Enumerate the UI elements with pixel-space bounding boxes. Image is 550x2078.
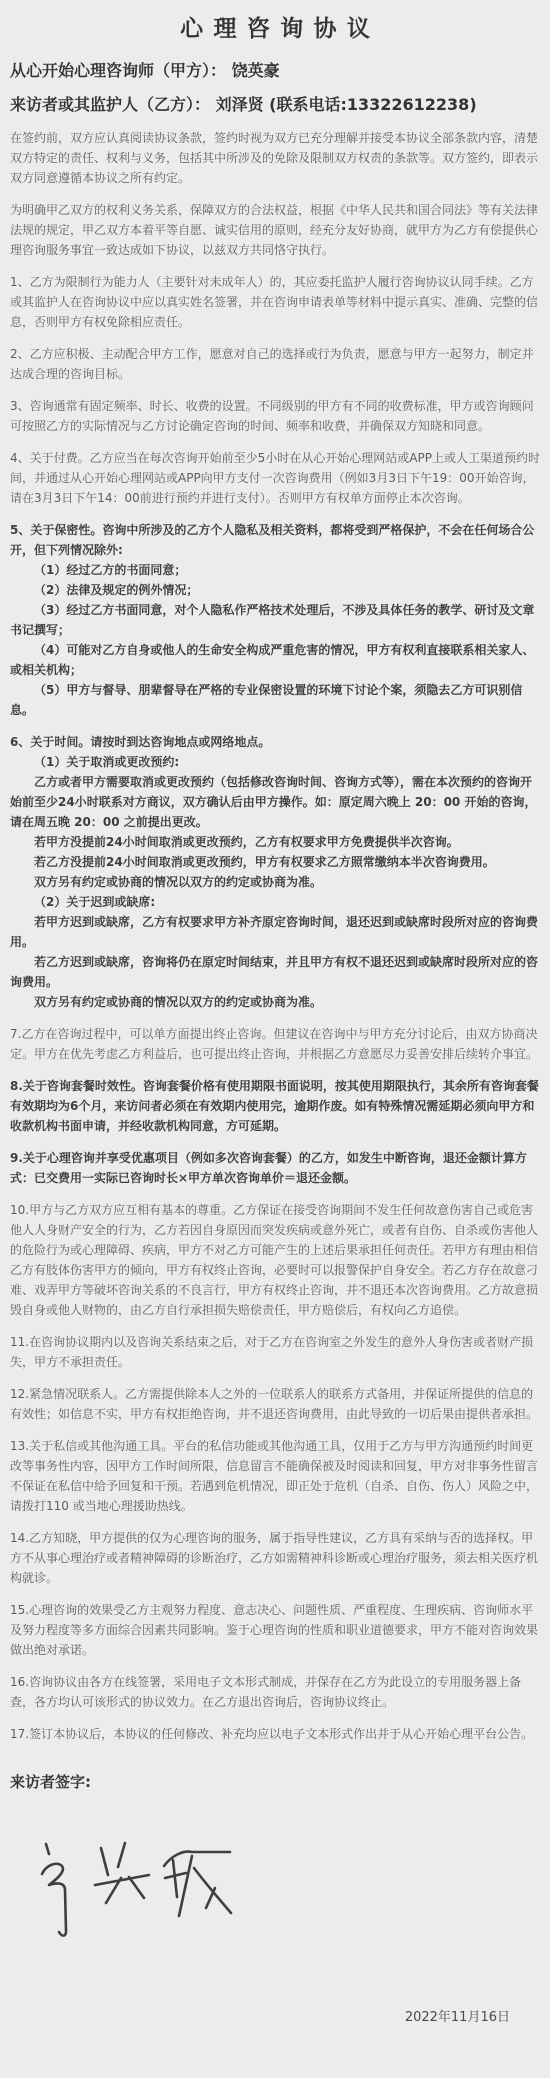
agreement-paragraph: 1、乙方为限制行为能力人（主要针对未成年人）的，其应委托监护人履行咨询协议认同手… — [10, 272, 540, 332]
agreement-paragraph: 15.心理咨询的效果受乙方主观努力程度、意志决心、问题性质、严重程度、生理疾病、… — [10, 1600, 540, 1660]
agreement-paragraph: 若甲方没提前24小时间取消或更改预约，乙方有权要求甲方免费提供半次咨询。 — [10, 832, 540, 852]
agreement-paragraph: （2）关于迟到或缺席: — [10, 892, 540, 912]
agreement-paragraph: 14.乙方知晓，甲方提供的仅为心理咨询的服务，属于指导性建议，乙方具有采纳与否的… — [10, 1528, 540, 1588]
party-b-line: 来访者或其监护人（乙方）： 刘泽贤 (联系电话:13322612238) — [10, 94, 540, 116]
agreement-paragraph: 4、关于付费。乙方应当在每次咨询开始前至少5小时在从心开始心理网站或APP上或人… — [10, 448, 540, 508]
agreement-paragraph: 若甲方迟到或缺席，乙方有权要求甲方补齐原定咨询时间，退还迟到或缺席时段所对应的咨… — [10, 912, 540, 952]
agreement-paragraph: （1）关于取消或更改预约: — [10, 752, 540, 772]
agreement-paragraph: 3、咨询通常有固定频率、时长、收费的设置。不同级别的甲方有不同的收费标准，甲方或… — [10, 396, 540, 436]
agreement-paragraph: 若乙方迟到或缺席，咨询将仍在原定时间结束，并且甲方有权不退还迟到或缺席时段所对应… — [10, 952, 540, 992]
agreement-paragraph: （4）可能对乙方自身或他人的生命安全构成严重危害的情况，甲方有权利直接联系相关家… — [10, 640, 540, 680]
handwritten-signature-strokes — [34, 1840, 244, 1955]
agreement-paragraph: 8.关于咨询套餐时效性。咨询套餐价格有使用期限书面说明，按其使用期限执行，其余所… — [10, 1076, 540, 1136]
agreement-paragraph: 双方另有约定或协商的情况以双方的约定或协商为准。 — [10, 992, 540, 1012]
agreement-paragraph: 双方另有约定或协商的情况以双方的约定或协商为准。 — [10, 872, 540, 892]
agreement-document: 心理咨询协议 从心开始心理咨询师（甲方）： 饶英豪 来访者或其监护人（乙方）： … — [0, 0, 550, 2070]
agreement-paragraph: 在签约前，双方应认真阅读协议条款，签约时视为双方已充分理解并接受本协议全部条款内… — [10, 128, 540, 188]
agreement-paragraph: 11.在咨询协议期内以及咨询关系结束之后，对于乙方在咨询室之外发生的意外人身伤害… — [10, 1332, 540, 1372]
agreement-paragraph: 12.紧急情况联系人。乙方需提供除本人之外的一位联系人的联系方式备用，并保证所提… — [10, 1384, 540, 1424]
agreement-paragraph: 5、关于保密性。咨询中所涉及的乙方个人隐私及相关资料，都将受到严格保护，不会在任… — [10, 520, 540, 560]
agreement-paragraph: （2）法律及规定的例外情况； — [10, 580, 540, 600]
agreement-paragraph: 9.关于心理咨询并享受优惠项目（例如多次咨询套餐）的乙方，如发生中断咨询，退还金… — [10, 1148, 540, 1188]
agreement-paragraph: 2、乙方应积极、主动配合甲方工作，愿意对自己的选择或行为负责，愿意与甲方一起努力… — [10, 344, 540, 384]
signature-date: 2022年11月16日 — [10, 2009, 540, 2027]
agreement-body: 在签约前，双方应认真阅读协议条款，签约时视为双方已充分理解并接受本协议全部条款内… — [10, 128, 540, 1744]
agreement-paragraph: （3）经过乙方书面同意，对个人隐私作严格技术处理后，不涉及具体任务的教学、研讨及… — [10, 600, 540, 640]
signature-label: 来访者签字: — [10, 1772, 540, 1792]
agreement-paragraph: （1）经过乙方的书面同意； — [10, 560, 540, 580]
party-a-line: 从心开始心理咨询师（甲方）： 饶英豪 — [10, 60, 540, 82]
agreement-paragraph: 10.甲方与乙方双方应互相有基本的尊重。乙方保证在接受咨询期间不发生任何故意伤害… — [10, 1200, 540, 1320]
agreement-paragraph: 7.乙方在咨询过程中，可以单方面提出终止咨询。但建议在咨询中与甲方充分讨论后，由… — [10, 1024, 540, 1064]
agreement-page: { "theme": { "background": "#ececec", "t… — [0, 0, 550, 2078]
agreement-paragraph: 为明确甲乙双方的权利义务关系，保障双方的合法权益，根据《中华人民共和国合同法》等… — [10, 200, 540, 260]
page-title: 心理咨询协议 — [10, 14, 540, 44]
visitor-signature — [34, 1840, 244, 1955]
agreement-paragraph: 若乙方没提前24小时间取消或更改预约，甲方有权要求乙方照常缴纳本半次咨询费用。 — [10, 852, 540, 872]
agreement-paragraph: （5）甲方与督导、朋辈督导在严格的专业保密设置的环境下讨论个案，须隐去乙方可识别… — [10, 680, 540, 720]
agreement-paragraph: 乙方或者甲方需要取消或更改预约（包括修改咨询时间、咨询方式等），需在本次预约的咨… — [10, 772, 540, 832]
agreement-paragraph: 17.签订本协议后，本协议的任何修改、补充均应以电子文本形式作出并于从心开始心理… — [10, 1724, 540, 1744]
agreement-paragraph: 16.咨询协议由各方在线签署，采用电子文本形式制成，并保存在乙方为此设立的专用服… — [10, 1672, 540, 1712]
agreement-paragraph: 13.关于私信或其他沟通工具。平台的私信功能或其他沟通工具，仅用于乙方与甲方沟通… — [10, 1436, 540, 1516]
agreement-paragraph: 6、关于时间。请按时到达咨询地点或网络地点。 — [10, 732, 540, 752]
